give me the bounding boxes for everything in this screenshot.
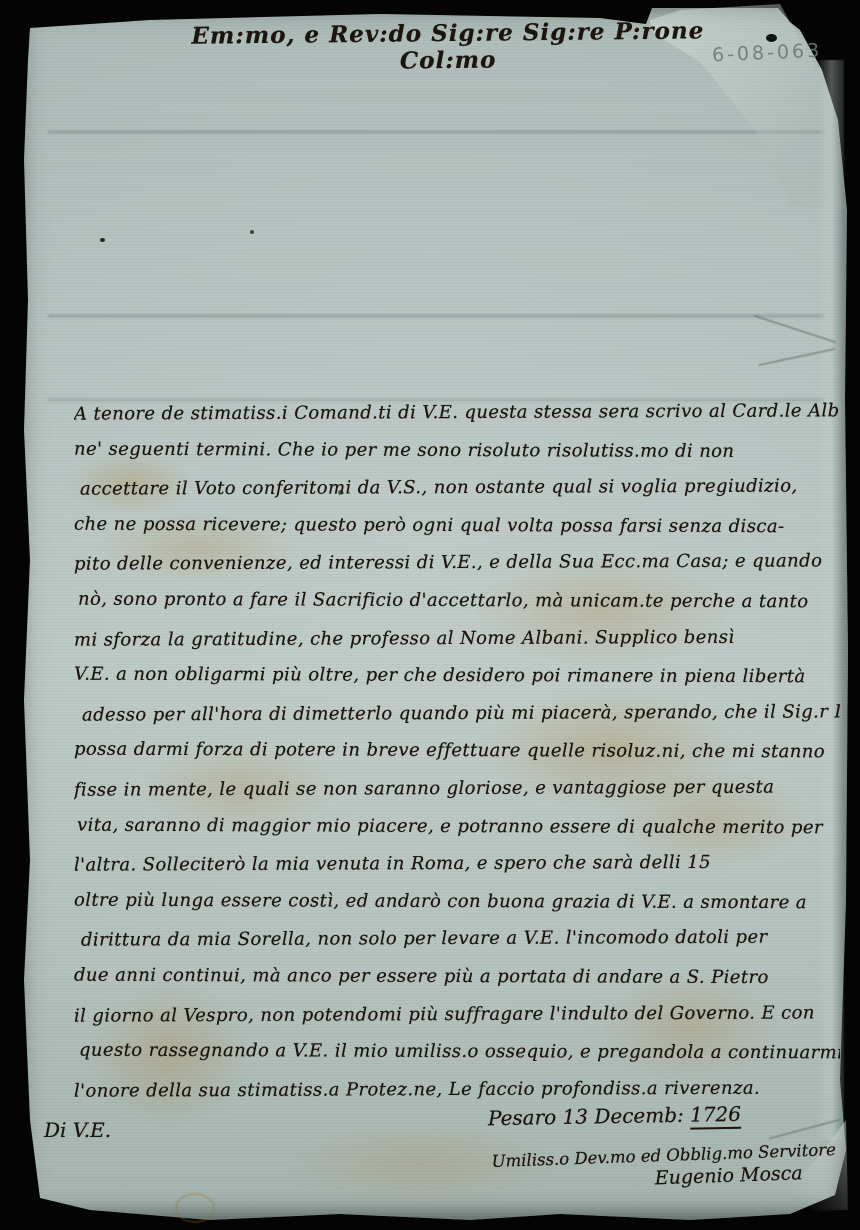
closing-address: Di V.E. bbox=[44, 1118, 111, 1142]
letter-body: A tenore de stimatiss.i Comand.ti di V.E… bbox=[74, 402, 840, 1116]
dateline-year: 1726 bbox=[690, 1102, 741, 1130]
fold-crease bbox=[48, 128, 824, 135]
letter-line: V.E. a non obligarmi più oltre, per che … bbox=[74, 664, 840, 704]
letter-line: accettare il Voto conferitomi da V.S., n… bbox=[74, 476, 840, 517]
dateline-place-date: Pesaro 13 Decemb: bbox=[488, 1103, 691, 1131]
letter-line: vita, saranno di maggior mio piacere, e … bbox=[74, 814, 840, 854]
letter-line: che ne possa ricevere; questo però ogni … bbox=[74, 513, 840, 553]
letter-line: adesso per all'hora di dimetterlo quando… bbox=[74, 701, 840, 742]
ring-stain bbox=[175, 1193, 215, 1223]
salutation-line: Em:mo, e Rev:do Sig:re Sig:re P:rone Col… bbox=[188, 17, 709, 76]
letter-line: fisse in mente, le quali se non saranno … bbox=[74, 776, 840, 817]
letter-line: oltre più lunga essere costì, ed andarò … bbox=[74, 889, 840, 929]
letter-line: dirittura da mia Sorella, non solo per l… bbox=[74, 927, 840, 968]
fold-crease bbox=[48, 312, 824, 319]
ink-speck bbox=[100, 238, 105, 242]
ink-speck bbox=[250, 230, 254, 234]
letter-line: pito delle convenienze, ed interessi di … bbox=[74, 551, 840, 592]
letter-line: ne' seguenti termini. Che io per me sono… bbox=[74, 438, 840, 478]
letter-line: il giorno al Vespro, non potendomi più s… bbox=[74, 1002, 840, 1043]
letter-line: mi sforza la gratitudine, che professo a… bbox=[74, 626, 840, 667]
letter-line: due anni continui, mà anco per essere pi… bbox=[74, 965, 840, 1005]
manuscript-photo: Em:mo, e Rev:do Sig:re Sig:re P:rone Col… bbox=[0, 0, 860, 1230]
letter-line: l'altra. Solleciterò la mia venuta in Ro… bbox=[74, 851, 840, 892]
dateline: Pesaro 13 Decemb: 1726 bbox=[488, 1102, 741, 1130]
letter-line: questo rassegnando a V.E. il mio umiliss… bbox=[74, 1040, 840, 1080]
letter-line: possa darmi forza di potere in breve eff… bbox=[74, 739, 840, 779]
letter-line: A tenore de stimatiss.i Comand.ti di V.E… bbox=[74, 400, 840, 441]
letter-line: nò, sono pronto a fare il Sacrificio d'a… bbox=[74, 589, 840, 629]
